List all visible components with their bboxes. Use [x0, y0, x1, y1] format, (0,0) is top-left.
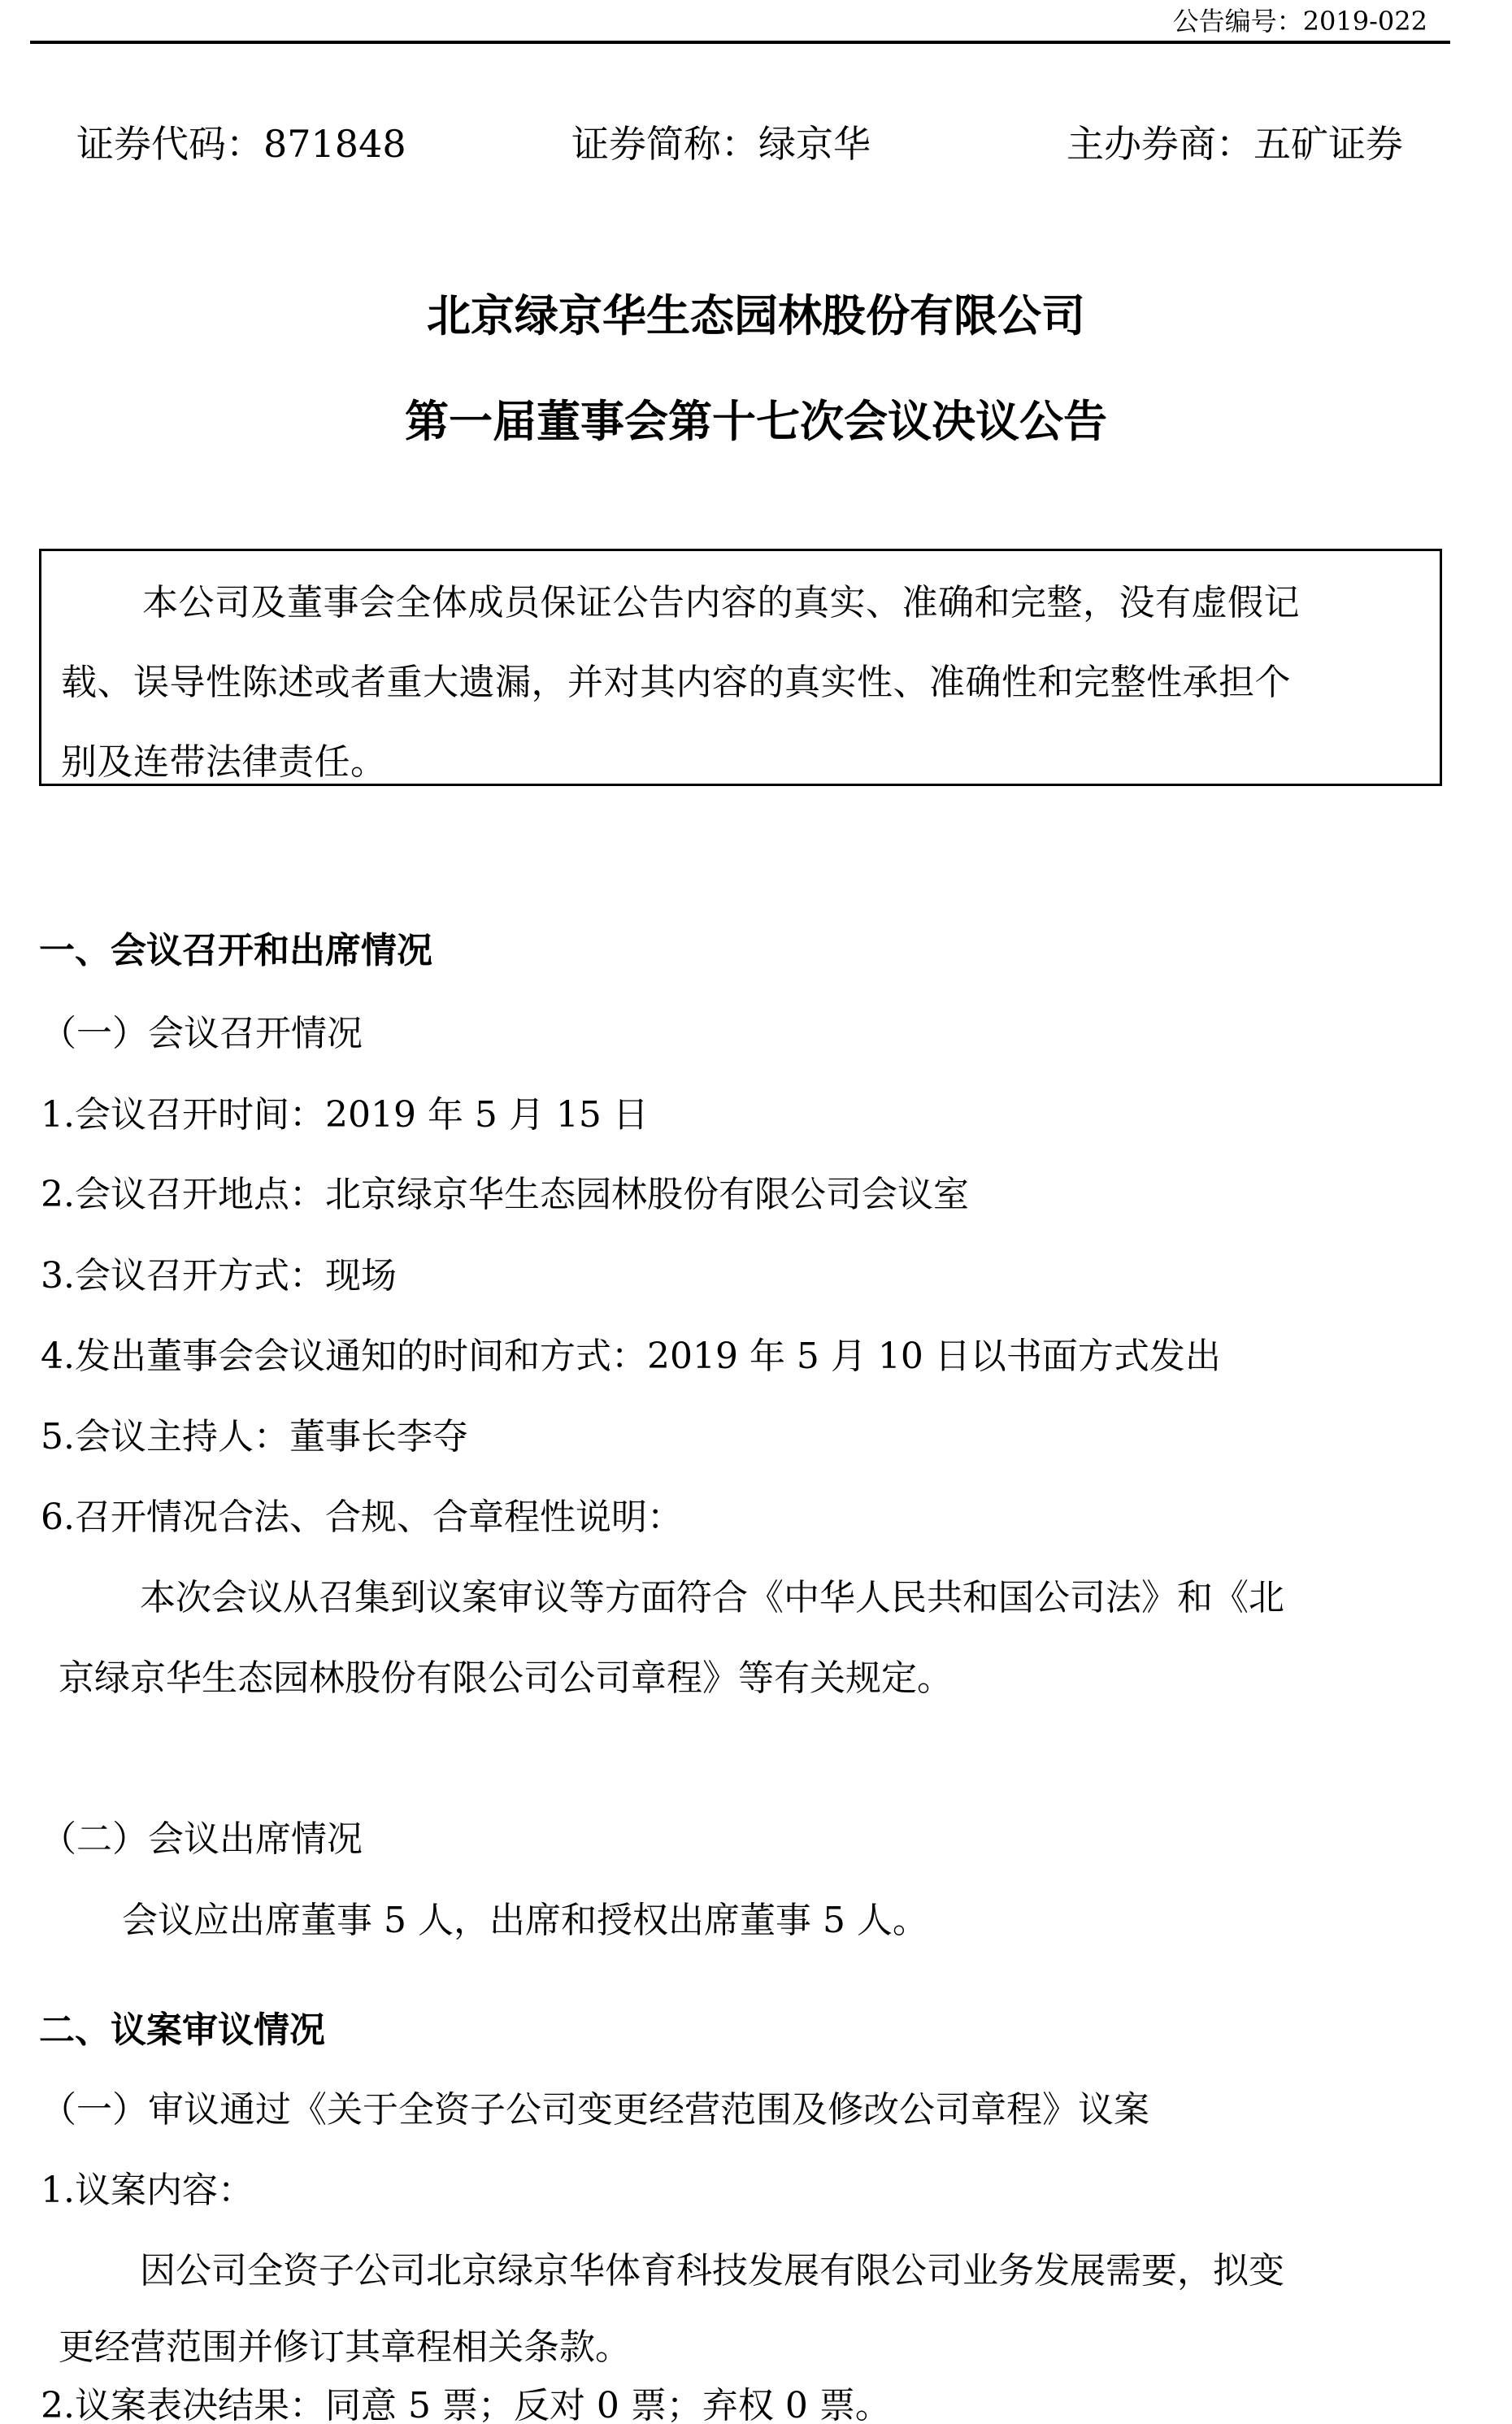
- proposal-content-line: 更经营范围并修订其章程相关条款。: [59, 2330, 631, 2365]
- stock-abbreviation: 证券简称：绿京华: [571, 125, 871, 163]
- item-meeting-place: 2.会议召开地点：北京绿京华生态园林股份有限公司会议室: [41, 1177, 969, 1213]
- company-title: 北京绿京华生态园林股份有限公司: [0, 294, 1512, 338]
- sponsor-broker: 主办券商：五矿证券: [1067, 125, 1403, 163]
- item-host: 5.会议主持人：董事长李夺: [41, 1419, 468, 1455]
- item-meeting-time: 1.会议召开时间：2019 年 5 月 15 日: [41, 1097, 649, 1133]
- stock-code: 证券代码：871848: [76, 125, 406, 163]
- subsection-heading-convening: （一）会议召开情况: [41, 1016, 363, 1052]
- vote-result: 2.议案表决结果：同意 5 票；反对 0 票；弃权 0 票。: [41, 2388, 891, 2424]
- item-compliance-label: 6.召开情况合法、合规、合章程性说明：: [41, 1500, 683, 1536]
- section-heading-meeting: 一、会议召开和出席情况: [39, 933, 432, 969]
- announcement-number: 公告编号：2019-022: [1173, 8, 1427, 34]
- section-heading-proposals: 二、议案审议情况: [39, 2013, 325, 2048]
- attendance-text: 会议应出席董事 5 人，出席和授权出席董事 5 人。: [122, 1903, 928, 1939]
- statement-box: 本公司及董事会全体成员保证公告内容的真实、准确和完整，没有虚假记 载、误导性陈述…: [39, 549, 1442, 786]
- item-meeting-method: 3.会议召开方式：现场: [41, 1258, 397, 1294]
- statement-line: 别及连带法律责任。: [61, 745, 387, 780]
- header-divider: [30, 41, 1450, 44]
- compliance-text-line: 京绿京华生态园林股份有限公司公司章程》等有关规定。: [59, 1661, 953, 1696]
- statement-line: 本公司及董事会全体成员保证公告内容的真实、准确和完整，没有虚假记: [142, 585, 1300, 621]
- subsection-heading-attendance: （二）会议出席情况: [41, 1822, 363, 1857]
- proposal-content-label: 1.议案内容：: [41, 2173, 254, 2209]
- item-notice: 4.发出董事会会议通知的时间和方式：2019 年 5 月 10 日以书面方式发出: [41, 1339, 1221, 1375]
- proposal-heading: （一）审议通过《关于全资子公司变更经营范围及修改公司章程》议案: [41, 2092, 1149, 2128]
- proposal-content-line: 因公司全资子公司北京绿京华体育科技发展有限公司业务发展需要，拟变: [140, 2253, 1284, 2289]
- statement-line: 载、误导性陈述或者重大遗漏，并对其内容的真实性、准确性和完整性承担个: [61, 665, 1291, 701]
- announcement-title: 第一届董事会第十七次会议决议公告: [0, 400, 1512, 444]
- compliance-text-line: 本次会议从召集到议案审议等方面符合《中华人民共和国公司法》和《北: [140, 1580, 1284, 1616]
